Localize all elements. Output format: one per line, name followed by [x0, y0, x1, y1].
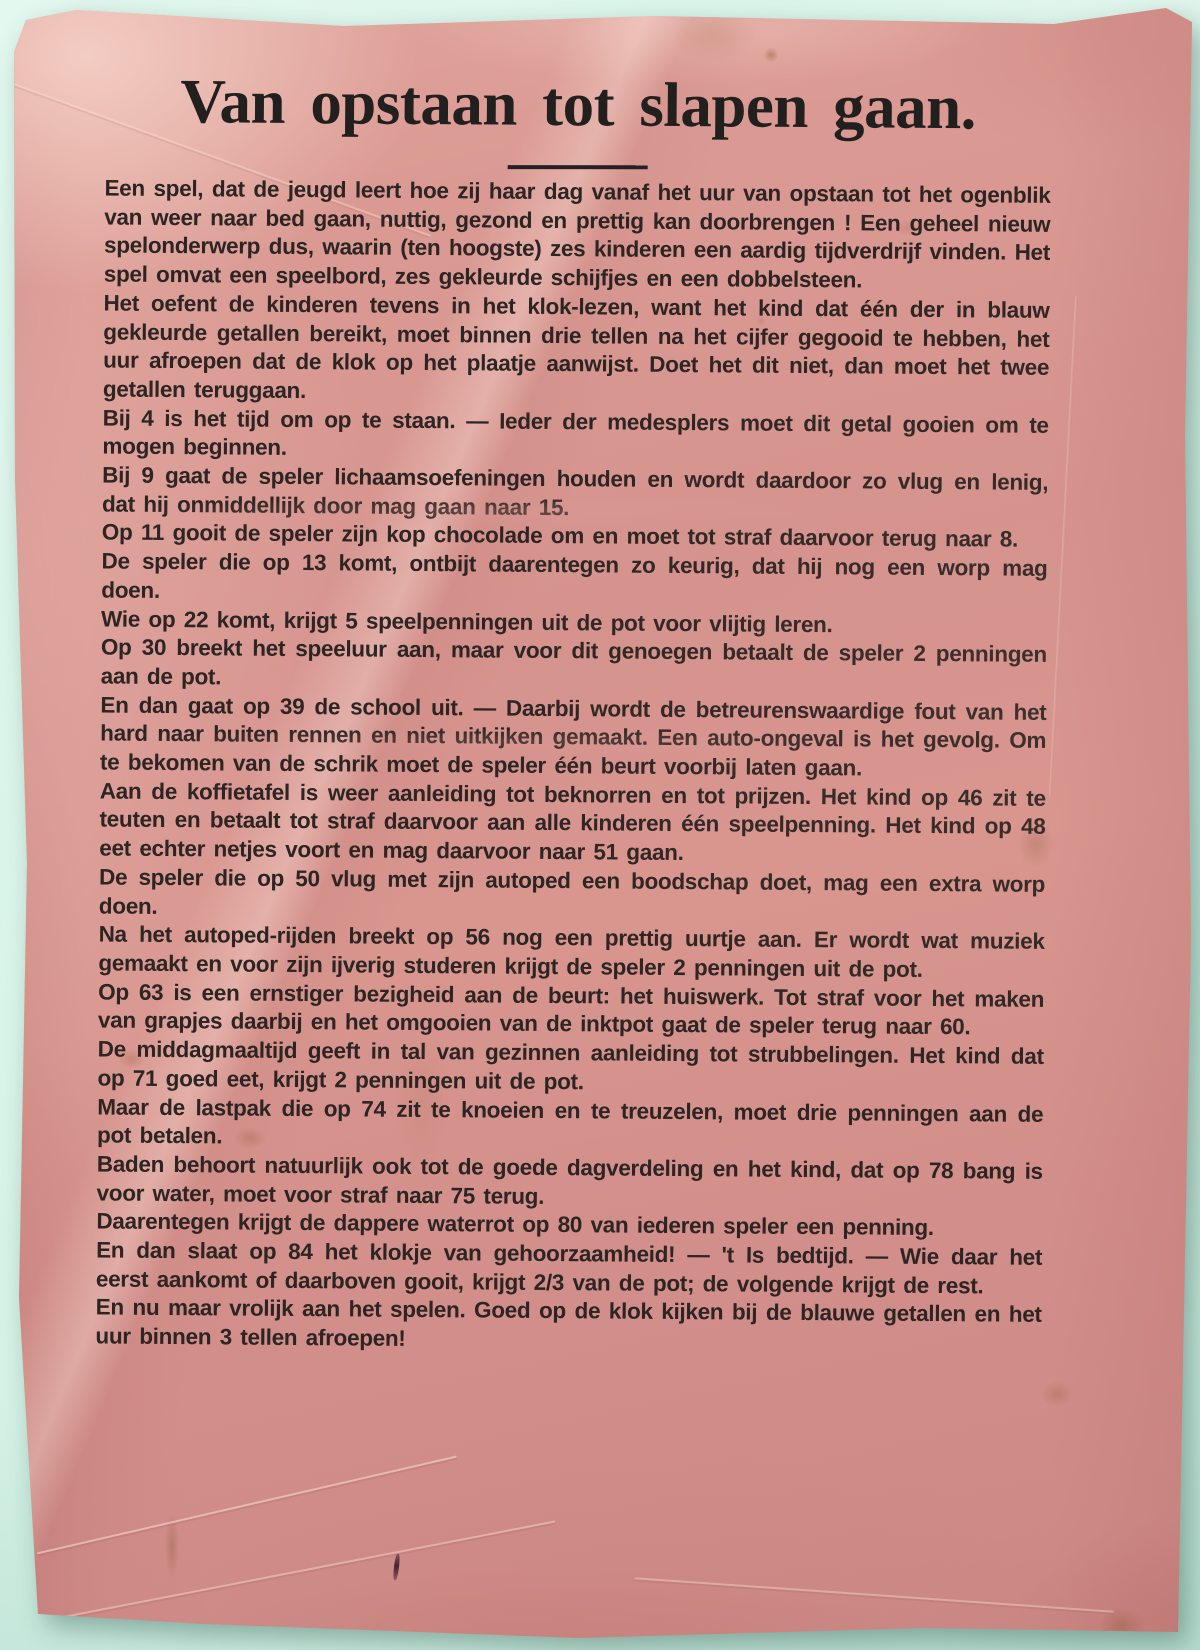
paragraph: En dan gaat op 39 de school uit. — Daarb… [100, 691, 1047, 785]
paragraph: Bij 4 is het tijd om op te staan. — Iede… [102, 404, 1048, 469]
photo-background: Van opstaan tot slapen gaan. Een spel, d… [0, 0, 1200, 1650]
page-title: Van opstaan tot slapen gaan. [105, 64, 1052, 144]
paragraph: De speler die op 13 komt, ontbijt daaren… [101, 548, 1047, 613]
paragraph: Bij 9 gaat de speler lichaamsoefeningen … [102, 461, 1048, 526]
paragraph: Een spel, dat de jeugd leert hoe zij haa… [104, 174, 1051, 296]
instructions-text: Een spel, dat de jeugd leert hoe zij haa… [95, 174, 1050, 1358]
paragraph: Op 30 breekt het speeluur aan, maar voor… [101, 634, 1047, 699]
paragraph: Op 63 is een ernstiger bezigheid aan de … [98, 978, 1044, 1043]
paragraph: Aan de koffietafel is weer aanleiding to… [99, 777, 1046, 871]
paragraph: Het oefent de kinderen tevens in het klo… [103, 289, 1050, 411]
paper-sheet: Van opstaan tot slapen gaan. Een spel, d… [14, 6, 1192, 1644]
paragraph: De middagmaaltijd geeft in tal van gezin… [97, 1036, 1043, 1101]
paragraph: En dan slaat op 84 het klokje van gehoor… [96, 1236, 1042, 1301]
paragraph: Baden behoort natuurlijk ook tot de goed… [96, 1150, 1042, 1215]
title-divider [508, 165, 648, 169]
paragraph: En nu maar vrolijk aan het spelen. Goed … [95, 1294, 1041, 1359]
paragraph: Na het autoped-rijden breekt op 56 nog e… [98, 921, 1044, 986]
paragraph: De speler die op 50 vlug met zijn autope… [99, 863, 1045, 928]
paper-shadow-wrap: Van opstaan tot slapen gaan. Een spel, d… [14, 6, 1192, 1644]
paragraph: Maar de lastpak die op 74 zit te knoeien… [97, 1093, 1043, 1158]
page-content: Van opstaan tot slapen gaan. Een spel, d… [2, 2, 1193, 1649]
